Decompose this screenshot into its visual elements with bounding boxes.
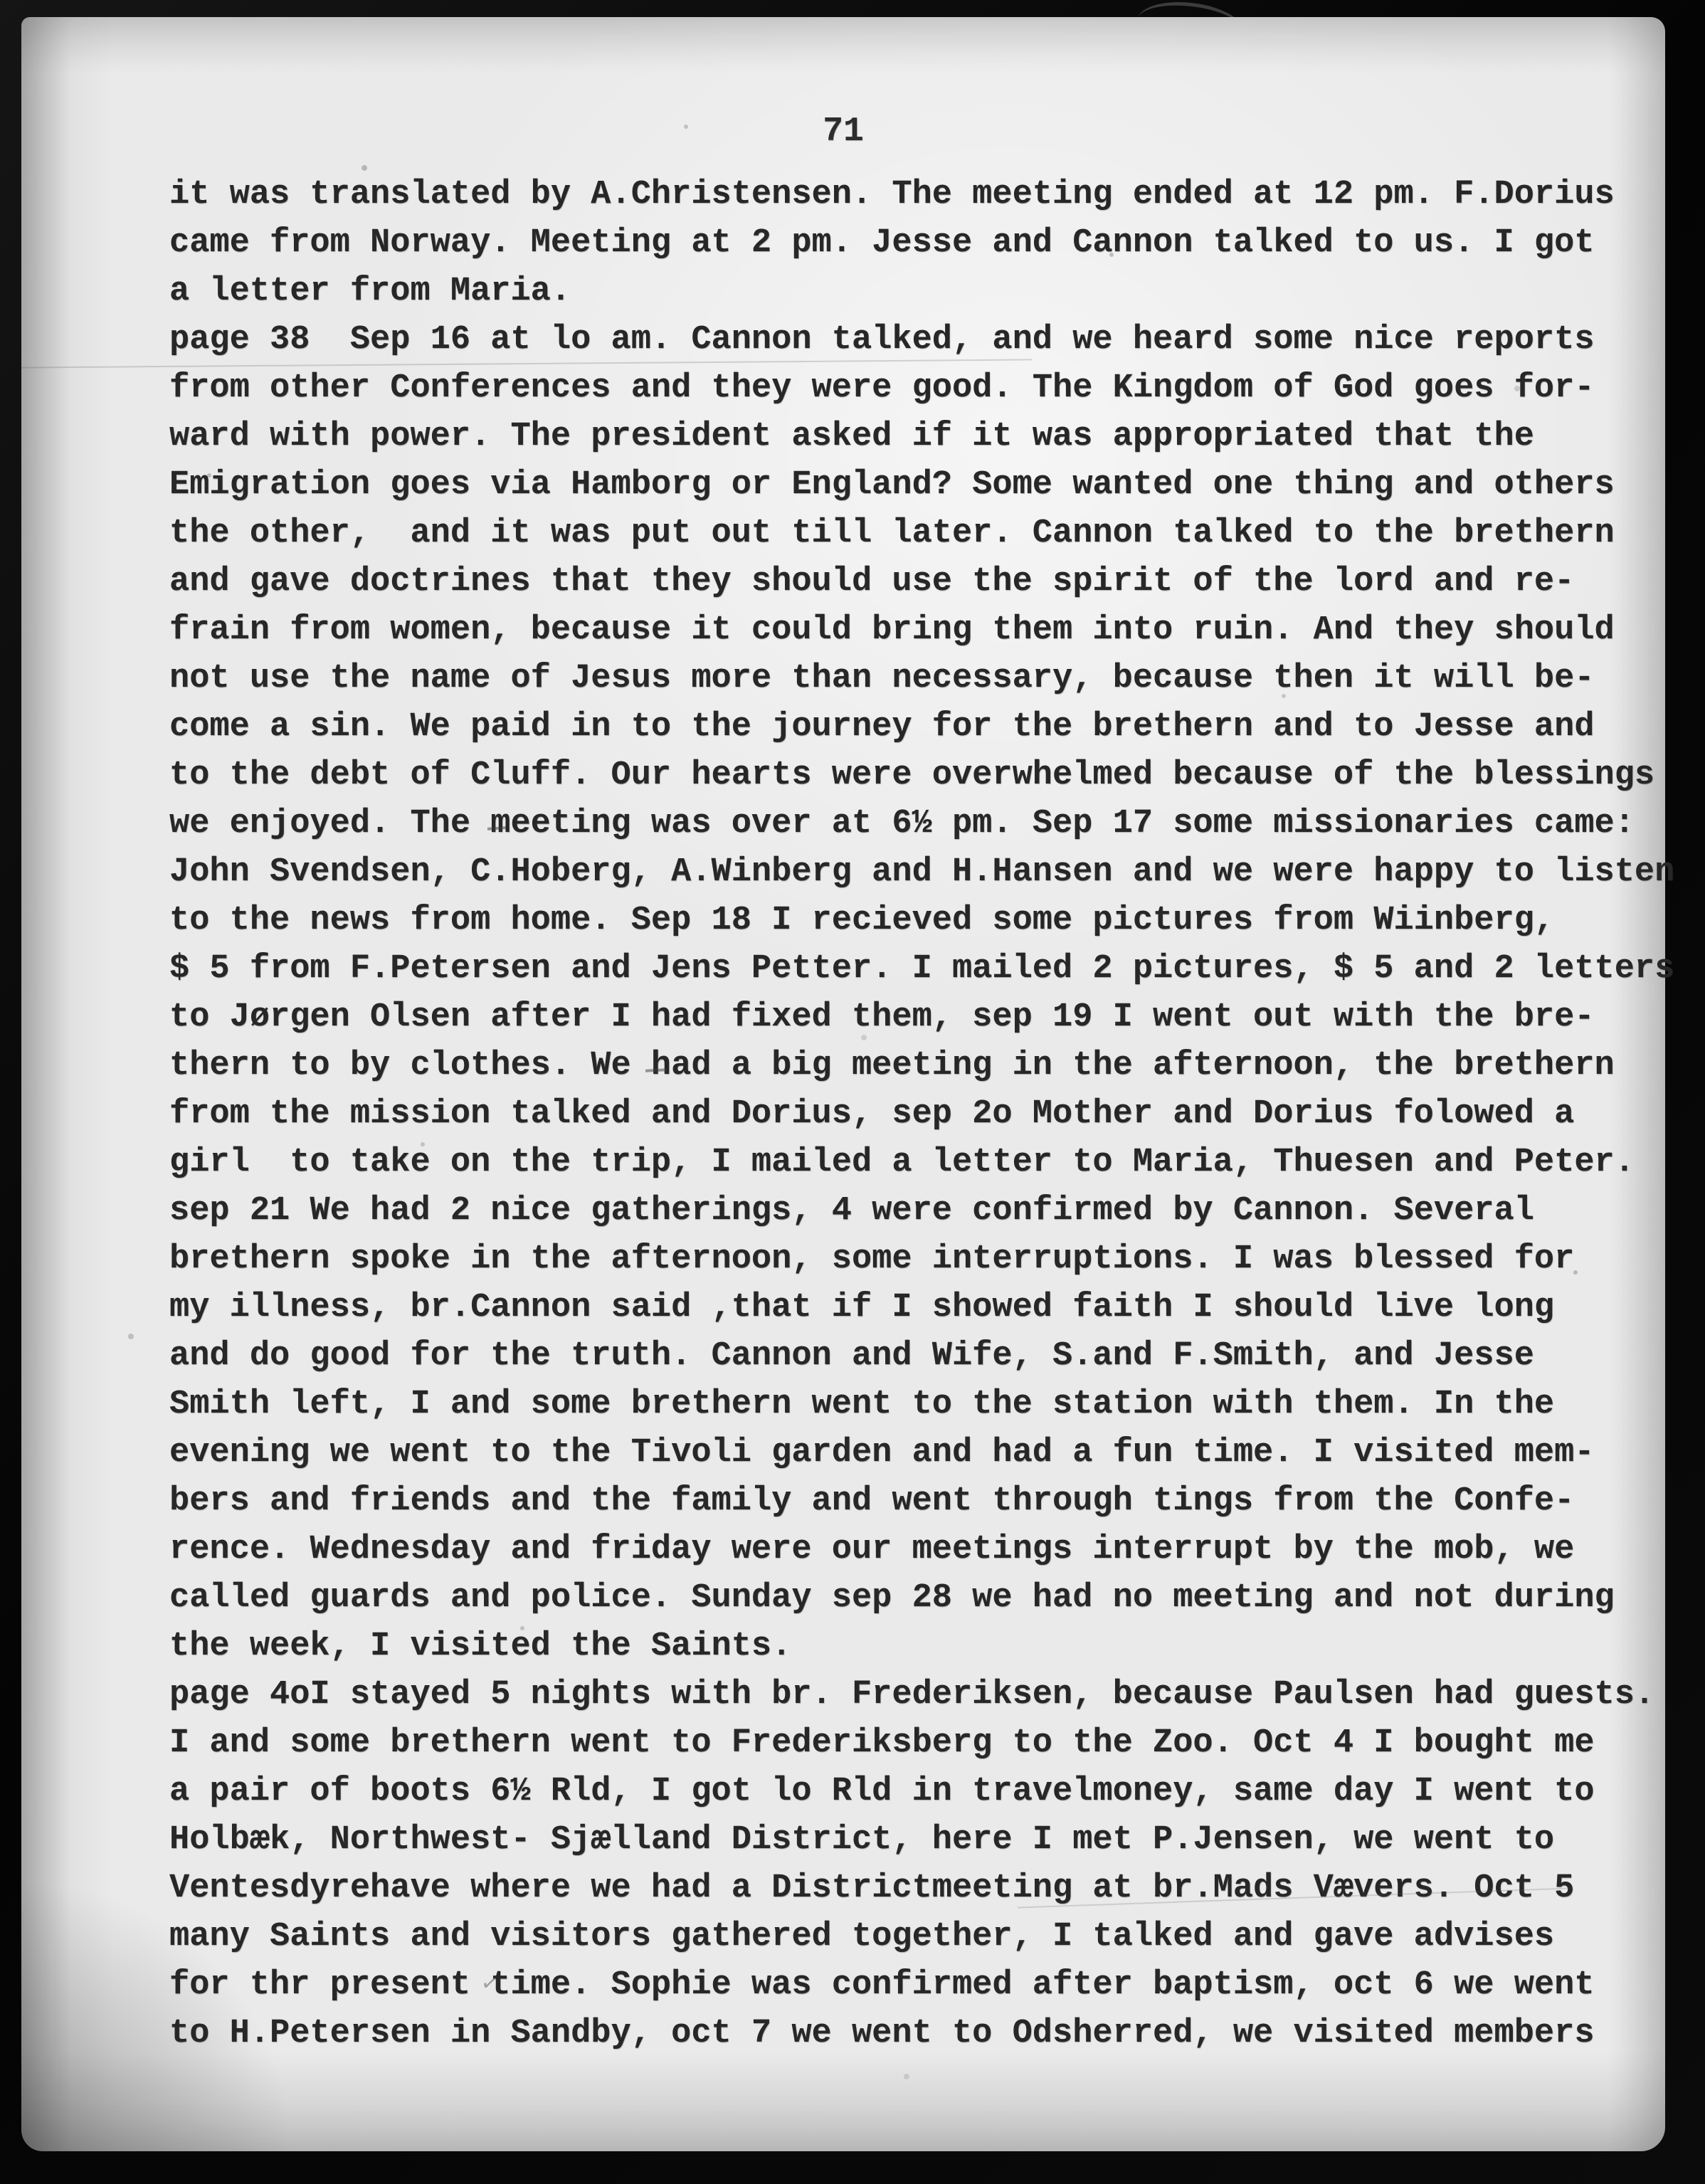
- text-line: Ventesdyrehave where we had a Districtme…: [169, 1864, 1692, 1913]
- text-line: sep 21 We had 2 nice gatherings, 4 were …: [169, 1187, 1692, 1235]
- text-line: bers and friends and the family and went…: [169, 1477, 1692, 1526]
- text-line: many Saints and visitors gathered togeth…: [169, 1913, 1692, 1961]
- text-line: the week, I visited the Saints.: [169, 1623, 1692, 1671]
- text-line: page 4oI stayed 5 nights with br. Freder…: [169, 1671, 1692, 1719]
- text-line: my illness, br.Cannon said ,that if I sh…: [169, 1284, 1692, 1332]
- text-line: to Jørgen Olsen after I had fixed them, …: [169, 993, 1692, 1042]
- text-line: a pair of boots 6½ Rld, I got lo Rld in …: [169, 1768, 1692, 1816]
- text-line: evening we went to the Tivoli garden and…: [169, 1429, 1692, 1477]
- text-line: we enjoyed. The meeting was over at 6½ p…: [169, 800, 1692, 848]
- text-line: it was translated by A.Christensen. The …: [169, 171, 1692, 219]
- text-line: and gave doctrines that they should use …: [169, 558, 1692, 606]
- text-line: ward with power. The president asked if …: [169, 413, 1692, 461]
- text-line: came from Norway. Meeting at 2 pm. Jesse…: [169, 219, 1692, 268]
- text-line: to the debt of Cluff. Our hearts were ov…: [169, 751, 1692, 800]
- dust-speckles: [21, 17, 24, 20]
- typewritten-text: it was translated by A.Christensen. The …: [169, 171, 1692, 2058]
- text-line: $ 5 from F.Petersen and Jens Petter. I m…: [169, 945, 1692, 993]
- paper-page: 71 it was translated by A.Christensen. T…: [21, 17, 1665, 2151]
- text-line: and do good for the truth. Cannon and Wi…: [169, 1332, 1692, 1381]
- text-line: a letter from Maria.: [169, 268, 1692, 316]
- text-line: from other Conferences and they were goo…: [169, 364, 1692, 413]
- page-number: 71: [21, 112, 1665, 151]
- text-line: John Svendsen, C.Hoberg, A.Winberg and H…: [169, 848, 1692, 897]
- text-line: to H.Petersen in Sandby, oct 7 we went t…: [169, 2010, 1692, 2058]
- text-line: page 38 Sep 16 at lo am. Cannon talked, …: [169, 316, 1692, 364]
- text-line: Holbæk, Northwest- Sjælland District, he…: [169, 1816, 1692, 1864]
- text-line: I and some brethern went to Frederiksber…: [169, 1719, 1692, 1768]
- text-line: Smith left, I and some brethern went to …: [169, 1381, 1692, 1429]
- text-line: from the mission talked and Dorius, sep …: [169, 1090, 1692, 1139]
- text-line: for thr present time. Sophie was confirm…: [169, 1961, 1692, 2010]
- text-line: rence. Wednesday and friday were our mee…: [169, 1526, 1692, 1574]
- text-line: the other, and it was put out till later…: [169, 510, 1692, 558]
- text-line: brethern spoke in the afternoon, some in…: [169, 1235, 1692, 1284]
- text-line: not use the name of Jesus more than nece…: [169, 655, 1692, 703]
- text-line: frain from women, because it could bring…: [169, 606, 1692, 655]
- text-line: called guards and police. Sunday sep 28 …: [169, 1574, 1692, 1623]
- scanned-document: 71 it was translated by A.Christensen. T…: [0, 0, 1705, 2184]
- text-line: come a sin. We paid in to the journey fo…: [169, 703, 1692, 751]
- text-line: to the news from home. Sep 18 I recieved…: [169, 897, 1692, 945]
- text-line: Emigration goes via Hamborg or England? …: [169, 461, 1692, 510]
- text-line: thern to by clothes. We had a big meetin…: [169, 1042, 1692, 1090]
- text-line: girl to take on the trip, I mailed a let…: [169, 1139, 1692, 1187]
